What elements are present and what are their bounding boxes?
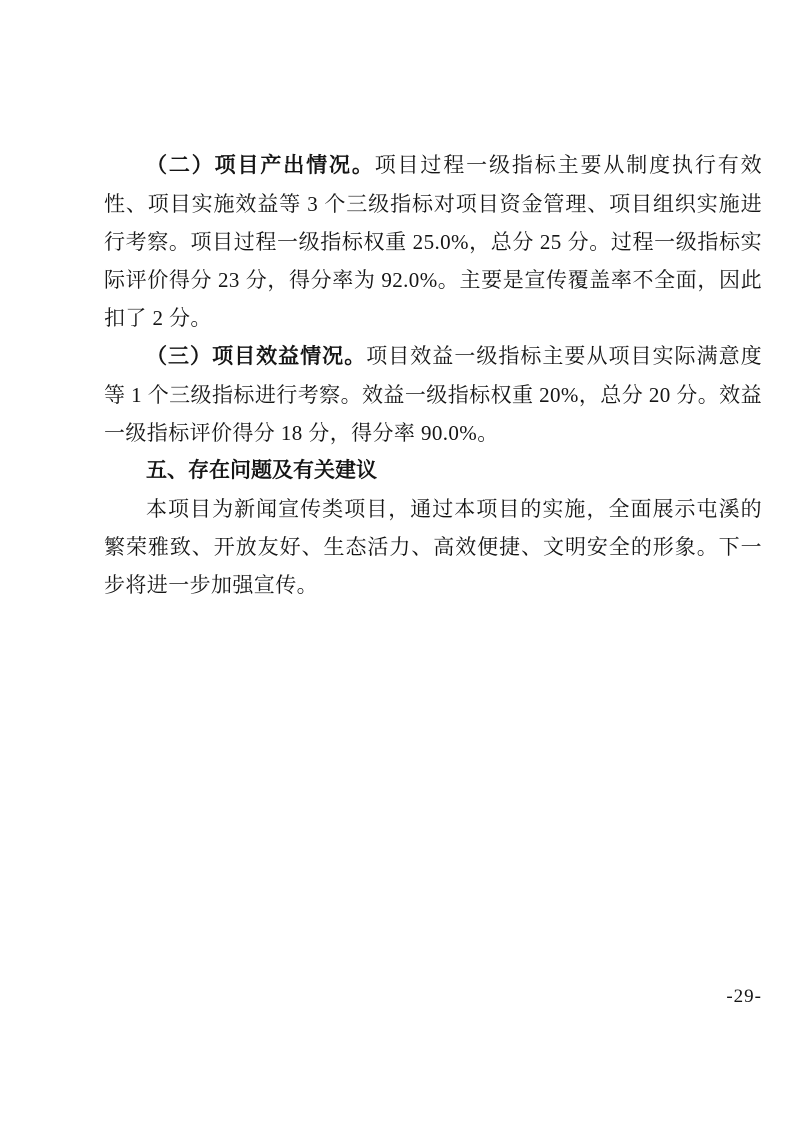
paragraph-project-benefit: （三）项目效益情况。项目效益一级指标主要从项目实际满意度等 1 个三级指标进行考… bbox=[104, 337, 762, 452]
paragraph-project-output-text: 项目过程一级指标主要从制度执行有效性、项目实施效益等 3 个三级指标对项目资金管… bbox=[104, 153, 762, 330]
document-content: （二）项目产出情况。项目过程一级指标主要从制度执行有效性、项目实施效益等 3 个… bbox=[104, 146, 762, 604]
paragraph-project-benefit-lead: （三）项目效益情况。 bbox=[146, 345, 366, 368]
document-page: （二）项目产出情况。项目过程一级指标主要从制度执行有效性、项目实施效益等 3 个… bbox=[0, 0, 793, 1122]
section-heading-issues: 五、存在问题及有关建议 bbox=[104, 452, 762, 490]
page-number: -29- bbox=[726, 984, 762, 1010]
paragraph-project-output: （二）项目产出情况。项目过程一级指标主要从制度执行有效性、项目实施效益等 3 个… bbox=[104, 146, 762, 337]
paragraph-issues-recommendation: 本项目为新闻宣传类项目，通过本项目的实施，全面展示屯溪的繁荣雅致、开放友好、生态… bbox=[104, 490, 762, 604]
paragraph-project-output-lead: （二）项目产出情况。 bbox=[146, 154, 375, 177]
